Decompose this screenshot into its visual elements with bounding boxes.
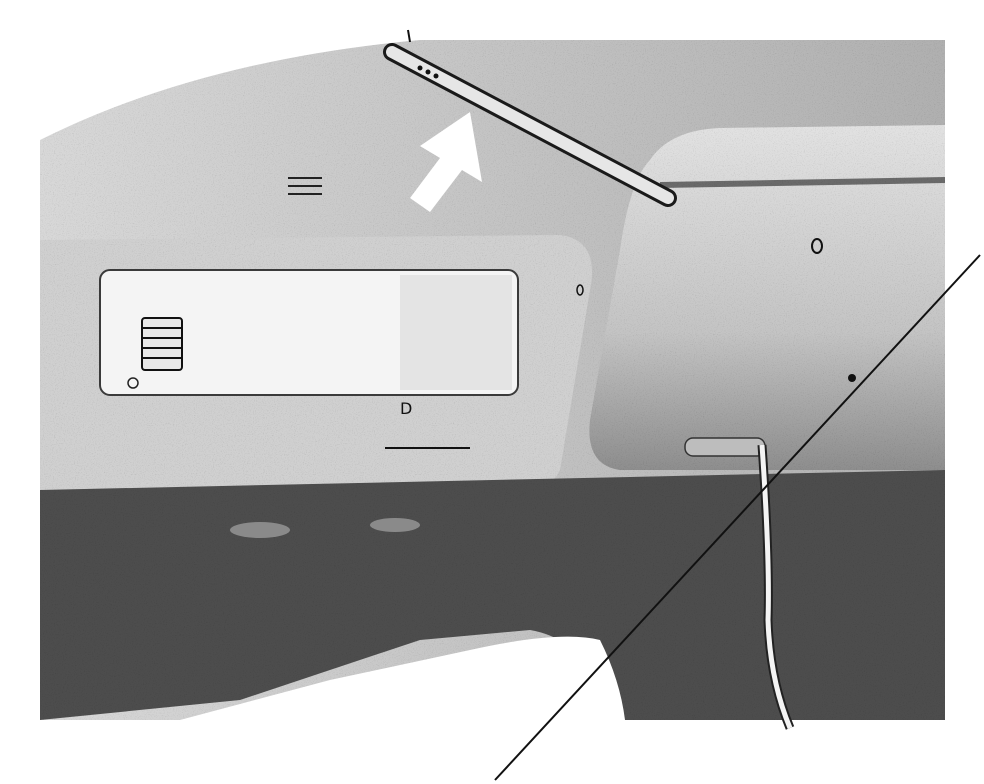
car-visor-photo: D bbox=[0, 0, 984, 784]
slide-switch bbox=[142, 318, 182, 370]
svg-text:D: D bbox=[400, 399, 412, 418]
visor-hinge bbox=[685, 438, 765, 456]
